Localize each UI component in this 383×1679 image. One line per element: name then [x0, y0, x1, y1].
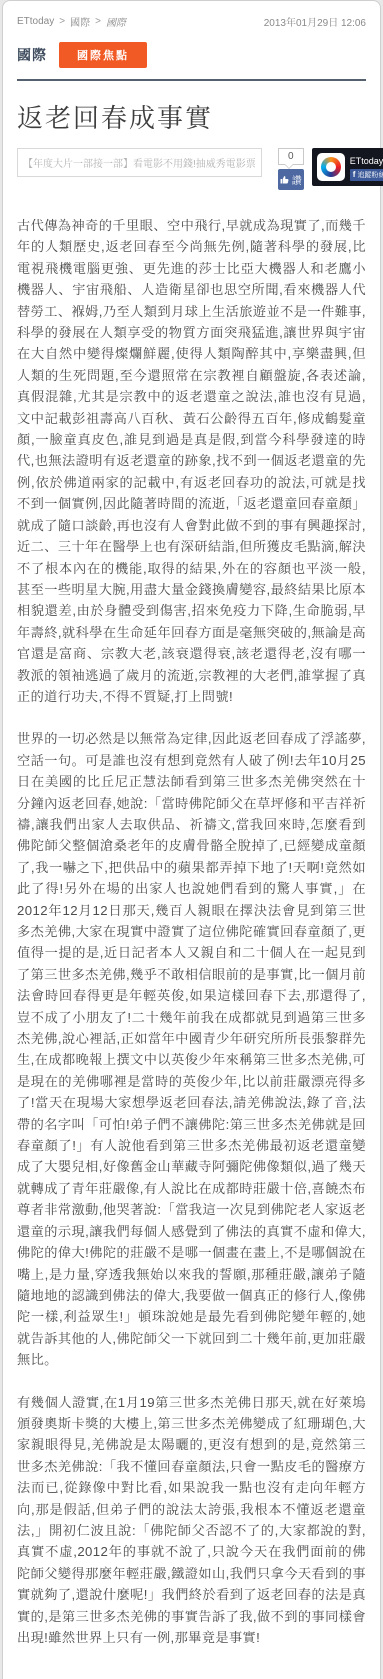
article-paragraph: 有幾個人證實,在1月19第三世多杰羌佛日那天,就在好萊塢頒發奧斯卡獎的大樓上,第…: [17, 1392, 366, 1649]
like-count: 0: [278, 148, 304, 165]
like-label: 讚: [292, 172, 302, 187]
meta-row: ETtoday > 國際 > 國際 2013年01月29日 12:06: [17, 14, 366, 29]
section-label[interactable]: 國際: [17, 45, 47, 65]
facebook-like-widget: 0 讚: [278, 148, 304, 190]
breadcrumb-separator: >: [95, 16, 101, 27]
article-page: ETtoday > 國際 > 國際 2013年01月29日 12:06 國際 國…: [2, 0, 381, 1679]
follow-fanpage-button[interactable]: f 追蹤粉絲團: [350, 169, 383, 181]
breadcrumb-home[interactable]: ETtoday: [17, 16, 54, 27]
promo-social-row: 【年度大片一部接一部】看電影不用錢!抽威秀電影票 0 讚 ETtoday新聞雲 …: [17, 148, 366, 190]
thumb-up-icon: [280, 175, 289, 184]
ettoday-logo-icon: [317, 153, 345, 181]
page-title: 返老回春成事實: [17, 98, 366, 135]
fanpage-text: ETtoday新聞雲 + f 追蹤粉絲團 360 萬 按讚力量: [350, 154, 383, 181]
article-paragraph: 古代傳為神奇的千里眼、空中飛行,早就成為現實了,而幾千年的人類歷史,返老回春至今…: [17, 215, 366, 707]
promo-link[interactable]: 【年度大片一部接一部】看電影不用錢!抽威秀電影票: [17, 148, 262, 177]
fanpage-title: ETtoday新聞雲: [350, 154, 383, 167]
facebook-icon: f: [353, 170, 356, 179]
breadcrumb-separator: >: [59, 16, 65, 27]
breadcrumb-current[interactable]: 國際: [106, 14, 126, 29]
follow-label: 追蹤粉絲團: [357, 170, 383, 180]
breadcrumb-section[interactable]: 國際: [70, 14, 90, 29]
facebook-like-button[interactable]: 讚: [278, 169, 304, 190]
section-row: 國際 國際焦點: [17, 42, 366, 68]
fanpage-banner[interactable]: ETtoday新聞雲 + f 追蹤粉絲團 360 萬 按讚力量: [312, 148, 383, 186]
breadcrumb: ETtoday > 國際 > 國際: [17, 14, 126, 29]
international-focus-button[interactable]: 國際焦點: [59, 42, 147, 68]
header-divider: [17, 79, 366, 81]
article-body: 古代傳為神奇的千里眼、空中飛行,早就成為現實了,而幾千年的人類歷史,返老回春至今…: [17, 215, 366, 1648]
publish-date: 2013年01月29日 12:06: [264, 14, 366, 29]
article-paragraph: 世界的一切必然是以無常為定律,因此返老回春成了浮謠夢,空話一句。可是誰也沒有想到…: [17, 728, 366, 1370]
